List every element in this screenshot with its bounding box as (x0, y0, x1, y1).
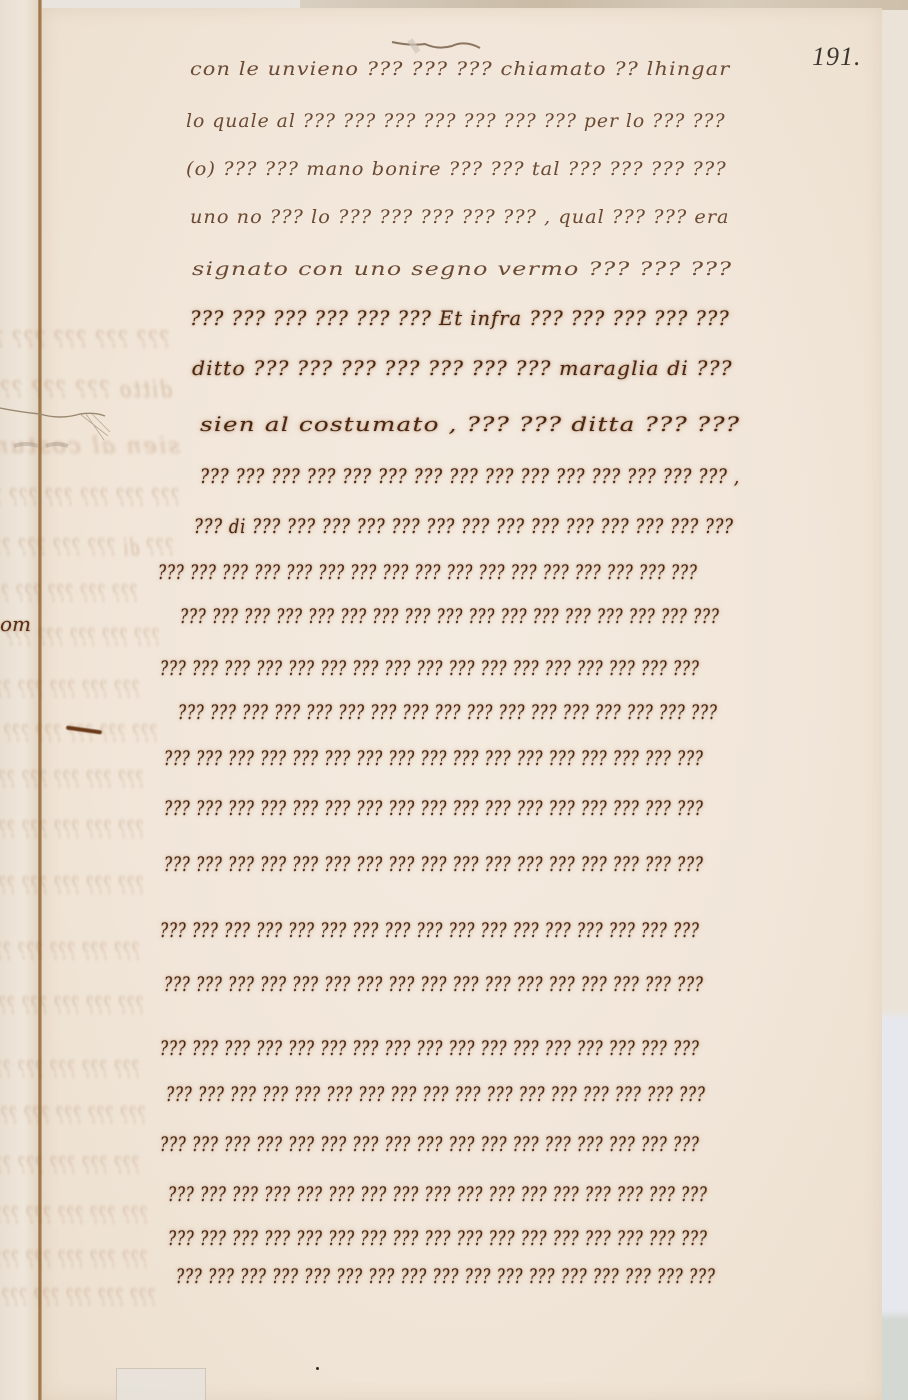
paper-tear (390, 36, 490, 54)
manuscript-line: ??? ??? ??? ??? ??? ??? ??? ??? ??? ??? … (176, 1264, 716, 1288)
manuscript-line: (o) ??? ??? mano bonire ??? ??? tal ??? … (186, 158, 727, 180)
bleed-through-line: ??? ??? ??? ??? ??? ??? ??? ??? ??? ??? … (0, 722, 158, 747)
manuscript-line: ??? ??? ??? ??? ??? ??? ??? ??? ??? ??? … (166, 1082, 706, 1106)
bleed-through-line: ??? ??? ??? ??? ??? ??? ??? ??? ??? ??? … (0, 940, 140, 965)
manuscript-line: ??? ??? ??? ??? ??? ??? ??? ??? ??? ??? … (164, 746, 704, 770)
manuscript-line: ??? ??? ??? ??? ??? ??? ??? ??? ??? ??? … (178, 700, 718, 724)
manuscript-line: uno no ??? lo ??? ??? ??? ??? ??? , qual… (190, 206, 730, 228)
bleed-through-line: ??? ??? ??? ??? ??? ??? ??? ??? ??? ??? … (0, 486, 180, 511)
manuscript-line: ??? ??? ??? ??? ??? ??? ??? ??? ??? ??? … (200, 464, 740, 488)
manuscript-line: ??? ??? ??? ??? ??? ??? ??? ??? ??? ??? … (180, 604, 720, 628)
manuscript-line: ??? ??? ??? ??? ??? ??? ??? ??? ??? ??? … (160, 1132, 700, 1156)
ink-speck (316, 1367, 319, 1370)
manuscript-line: sien al costumato , ??? ??? ditta ??? ??… (200, 412, 740, 436)
bleed-through-line: ??? ??? ??? ??? ??? ??? ??? ??? ??? ??? … (0, 994, 144, 1019)
bleed-through-line: ??? ??? ??? ??? ??? ??? ??? ??? ??? ??? … (0, 1204, 148, 1229)
manuscript-line: ??? ??? ??? ??? ??? ??? ??? ??? ??? ??? … (158, 560, 698, 584)
manuscript-line: ??? ??? ??? ??? ??? ??? ??? ??? ??? ??? … (164, 852, 704, 876)
manuscript-line: signato con uno segno vermo ??? ??? ??? (192, 258, 732, 280)
manuscript-line: ??? ??? ??? ??? ??? ??? ??? ??? ??? ??? … (164, 972, 704, 996)
manuscript-line: ditto ??? ??? ??? ??? ??? ??? ??? maragl… (192, 356, 733, 380)
bleed-through-line: ??? ??? ??? ??? ??? ??? ??? ??? ??? ??? … (0, 1154, 140, 1179)
bleed-through-line: ditto ??? ??? ??? ??? ??? ??? ??? maragl… (0, 378, 172, 403)
bleed-through-line: sien al costumato , ??? ??? ditta ??? ??… (0, 434, 180, 459)
bleed-through-line: ??? di ??? ??? ??? ??? ??? ??? ??? ??? ?… (0, 536, 174, 561)
manuscript-line: lo quale al ??? ??? ??? ??? ??? ??? ??? … (186, 110, 726, 132)
bleed-through-line: ??? ??? ??? ??? ??? ??? ??? ??? ??? ??? … (0, 678, 140, 703)
bleed-through-line: ??? ??? ??? ??? ??? ??? ??? ??? ??? ??? … (0, 768, 144, 793)
manuscript-line: ??? ??? ??? ??? ??? ??? ??? ??? ??? ??? … (160, 918, 700, 942)
manuscript-line: con le unvieno ??? ??? ??? chiamato ?? l… (190, 58, 730, 80)
margin-note: om (0, 612, 31, 636)
manuscript-line: ??? di ??? ??? ??? ??? ??? ??? ??? ??? ?… (194, 514, 734, 538)
bleed-through-line: ??? ??? ??? ??? ??? ??? ??? ??? ??? ??? … (0, 1104, 146, 1129)
bleed-through-line: ??? ??? ??? ??? ??? ??? Et infra ??? ???… (0, 328, 170, 353)
bleed-through-line: ??? ??? ??? ??? ??? ??? ??? ??? ??? ??? … (0, 1248, 148, 1273)
folio-number: 191. (812, 42, 862, 72)
manuscript-line: ??? ??? ??? ??? ??? ??? ??? ??? ??? ??? … (160, 1036, 700, 1060)
manuscript-line: ??? ??? ??? ??? ??? ??? Et infra ??? ???… (190, 306, 730, 330)
manuscript-line: ??? ??? ??? ??? ??? ??? ??? ??? ??? ??? … (168, 1226, 708, 1250)
bleed-through-line: ??? ??? ??? ??? ??? ??? ??? ??? ??? ??? … (0, 874, 144, 899)
manuscript-line: ??? ??? ??? ??? ??? ??? ??? ??? ??? ??? … (168, 1182, 708, 1206)
bleed-through-line: ??? ??? ??? ??? ??? ??? ??? ??? ??? ??? … (0, 1286, 156, 1311)
archival-tab (116, 1368, 206, 1400)
bleed-through-line: ??? ??? ??? ??? ??? ??? ??? ??? ??? ??? … (0, 1058, 140, 1083)
bleed-through-line: ??? ??? ??? ??? ??? ??? ??? ??? ??? ??? … (0, 582, 138, 607)
bleed-through-line: ??? ??? ??? ??? ??? ??? ??? ??? ??? ??? … (0, 818, 144, 843)
manuscript-line: ??? ??? ??? ??? ??? ??? ??? ??? ??? ??? … (160, 656, 700, 680)
scan-background (878, 0, 908, 1400)
manuscript-line: ??? ??? ??? ??? ??? ??? ??? ??? ??? ??? … (164, 796, 704, 820)
